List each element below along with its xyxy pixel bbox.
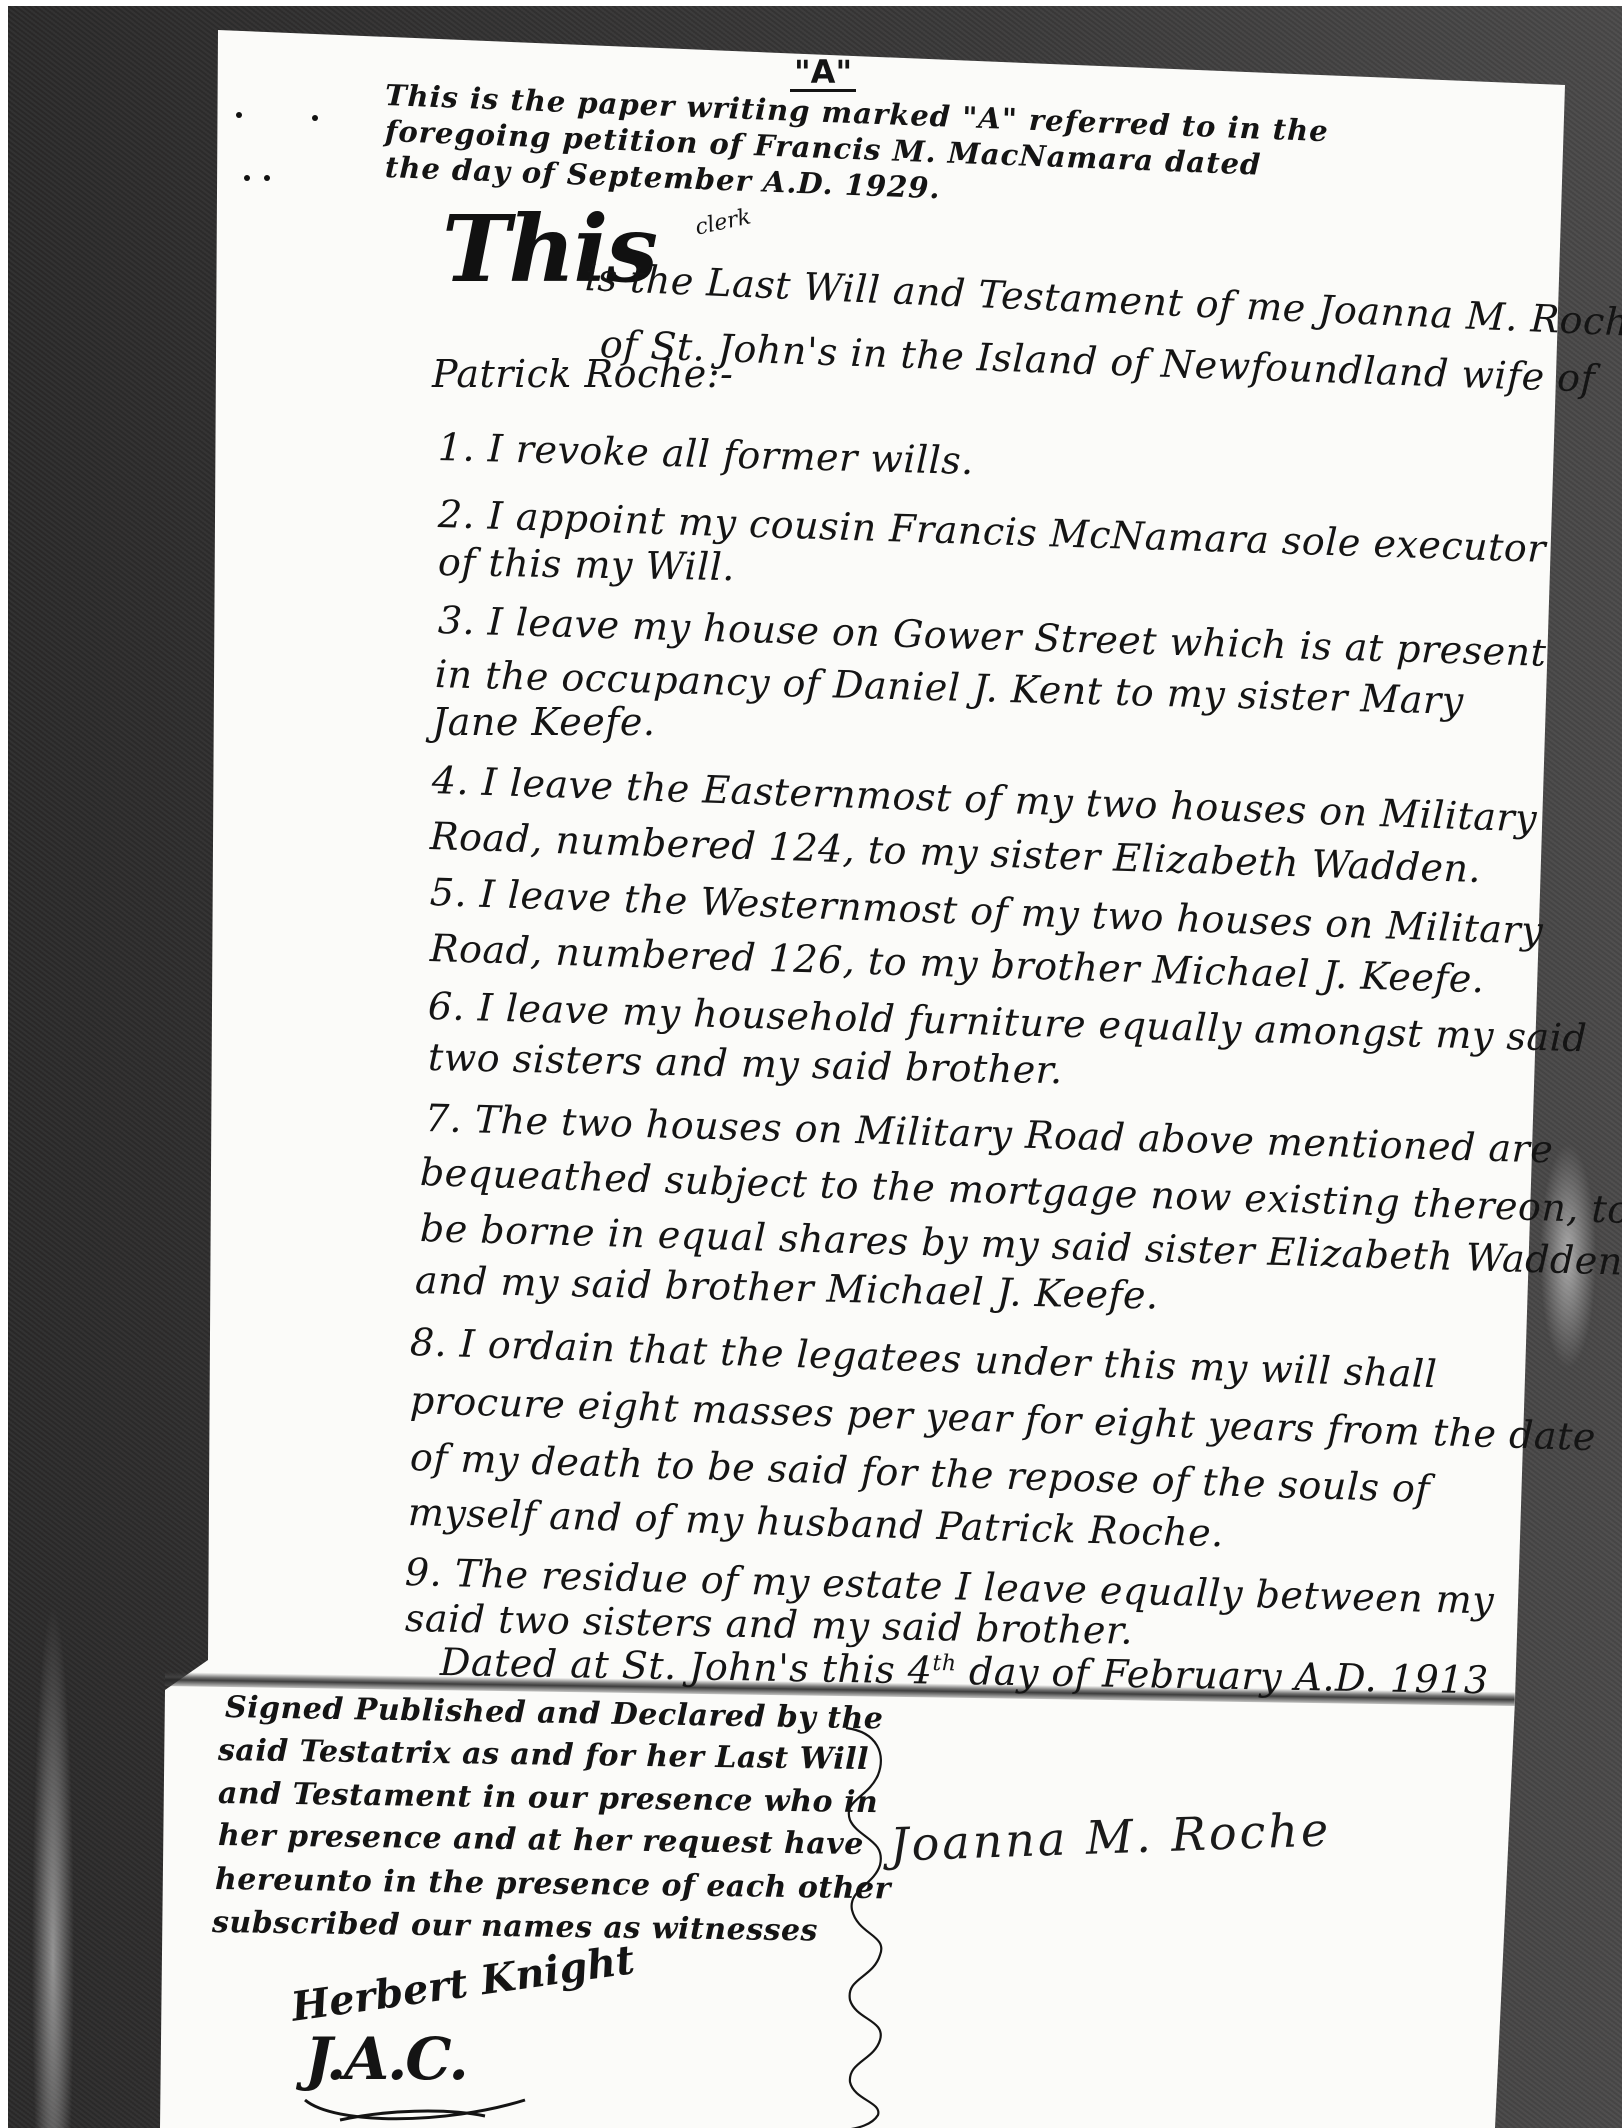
clause-3-line-3: Jane Keefe. bbox=[432, 700, 655, 744]
ink-speck bbox=[264, 175, 270, 181]
dated-suffix: day of February A.D. 1913 bbox=[956, 1649, 1489, 1702]
ink-speck bbox=[244, 175, 250, 181]
exhibit-mark: "A" bbox=[790, 55, 856, 92]
dated-ordinal: th bbox=[932, 1651, 956, 1676]
clause-2-line-2: of this my Will. bbox=[438, 540, 736, 589]
ink-speck bbox=[236, 112, 242, 118]
witness-2-signature: J.A.C. bbox=[305, 2025, 467, 2093]
dated-prefix: Dated at St. John's this 4 bbox=[440, 1640, 933, 1693]
wavy-bracket-icon bbox=[838, 1720, 898, 2128]
opening-line-3: Patrick Roche:- bbox=[432, 352, 733, 396]
ink-speck bbox=[312, 115, 318, 121]
